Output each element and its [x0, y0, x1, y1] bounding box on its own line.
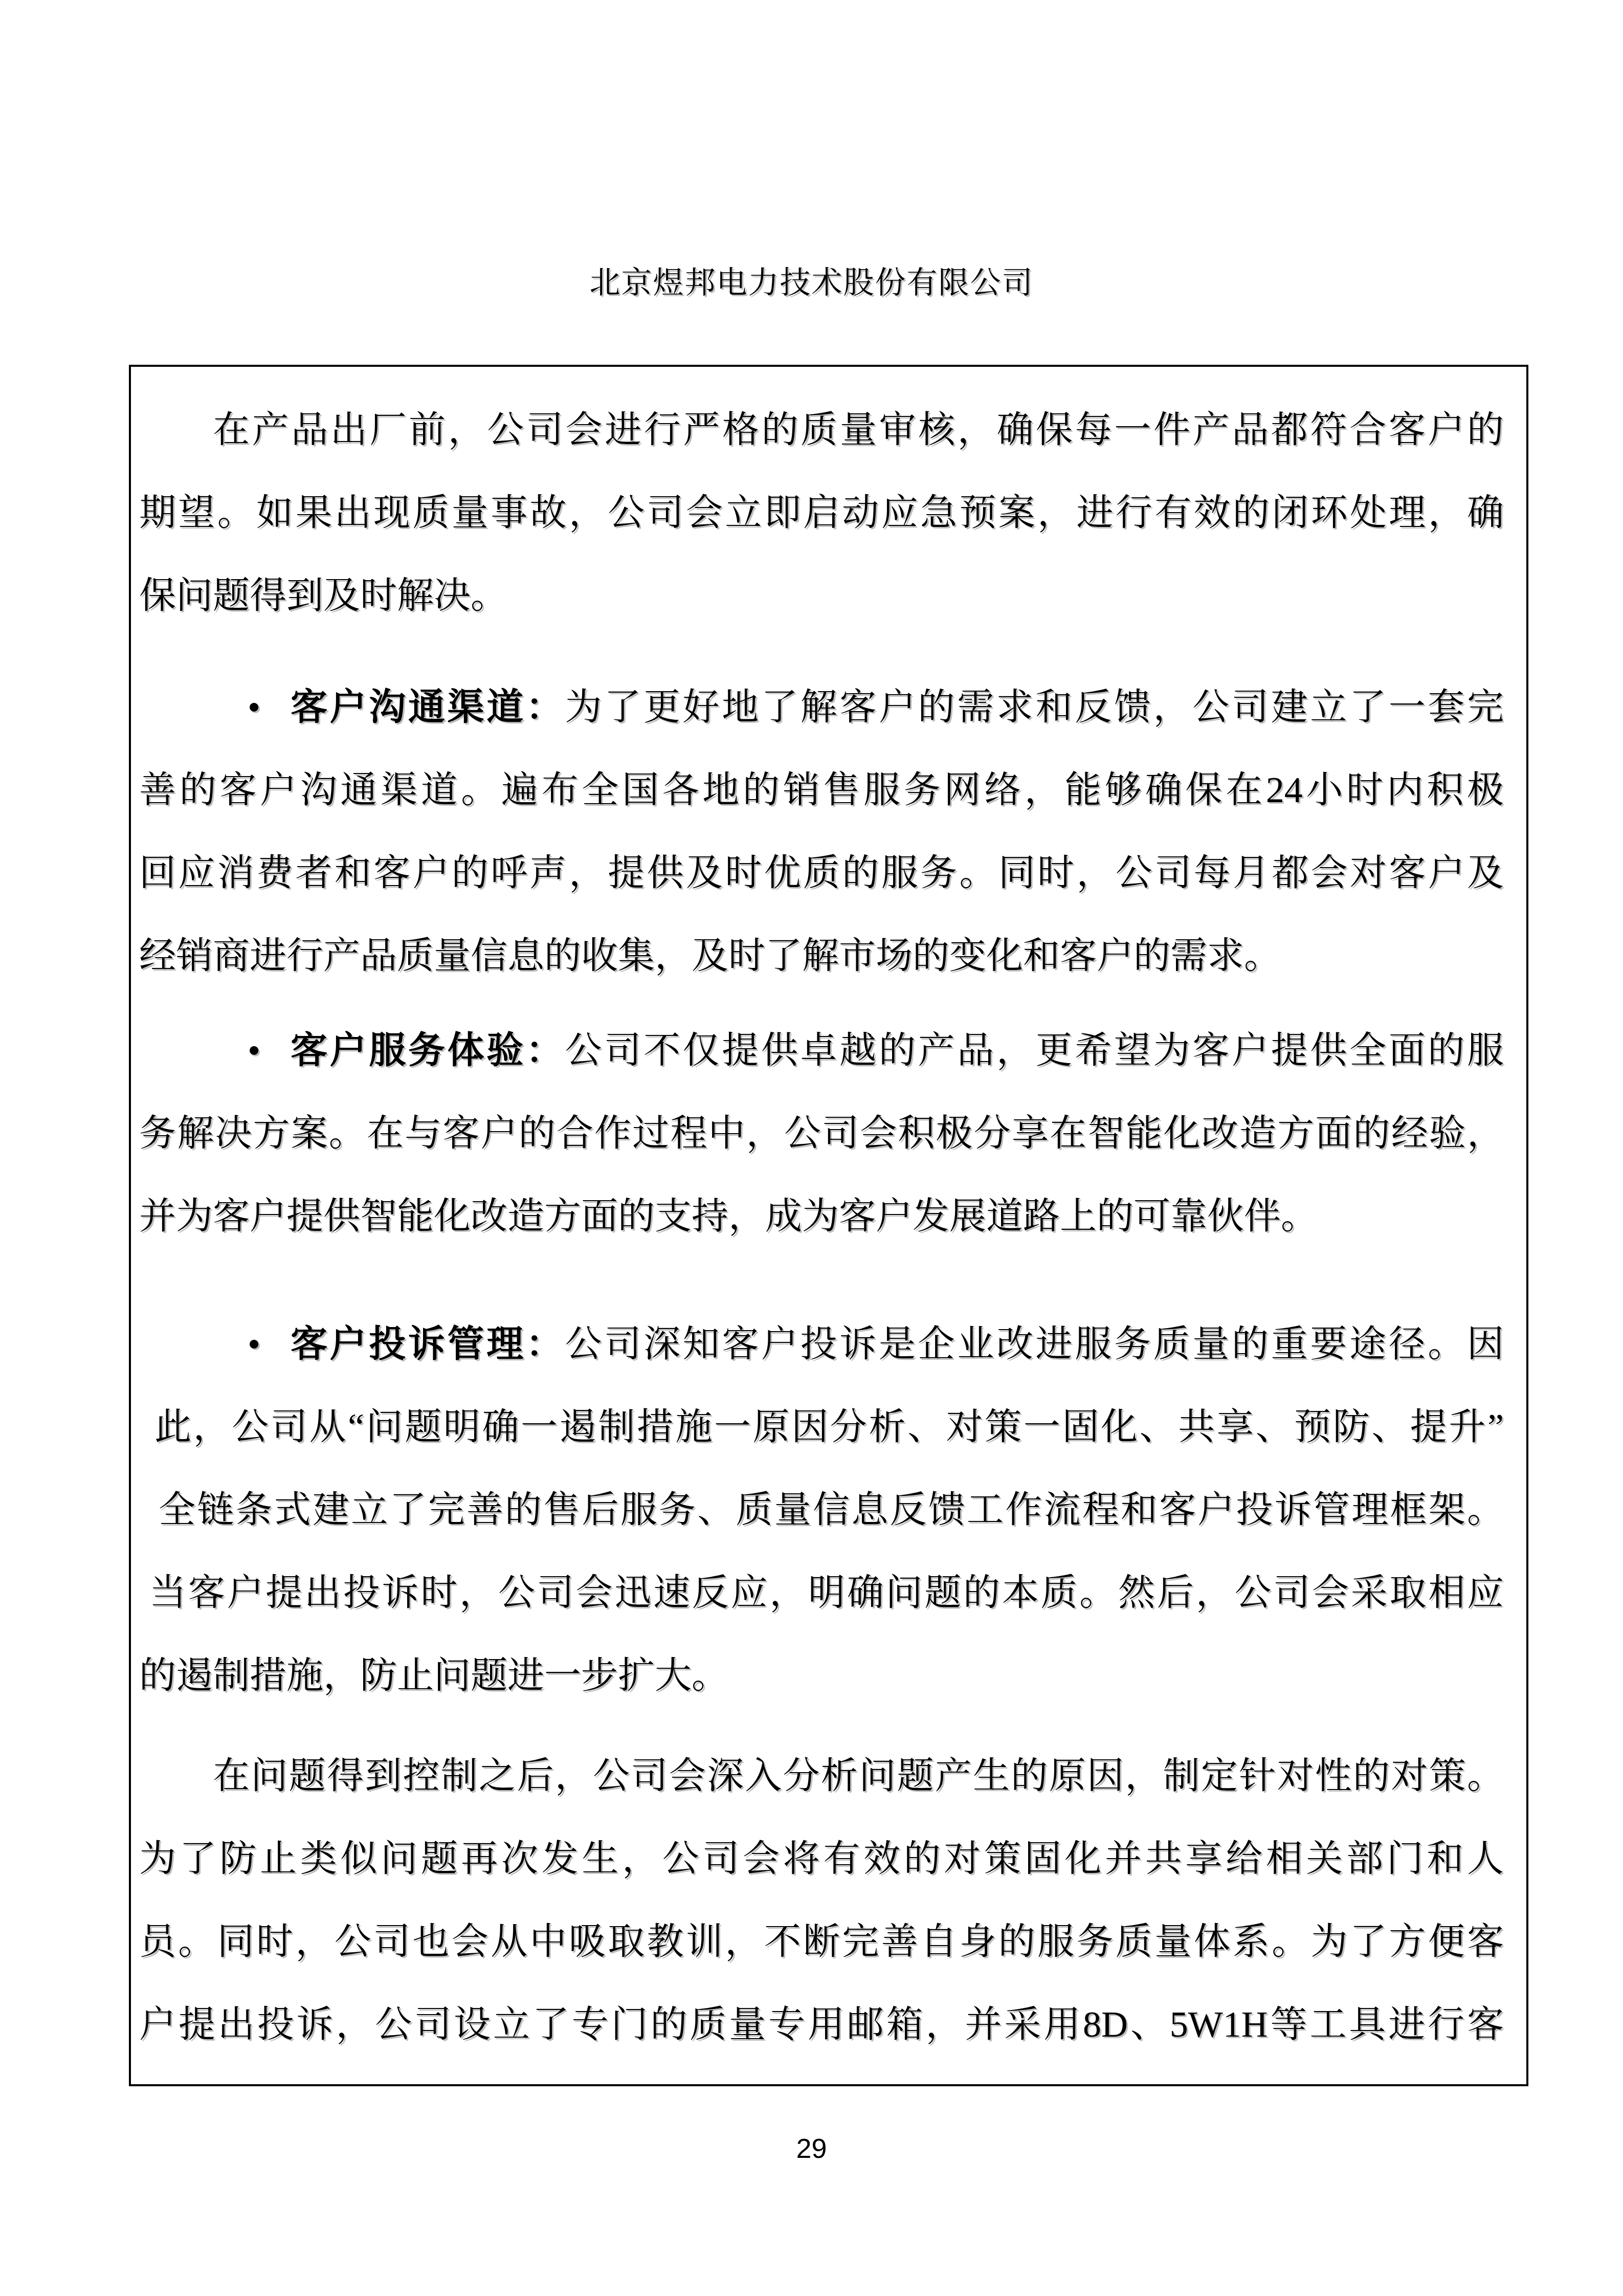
page-number: 29	[0, 2128, 1623, 2169]
text-line: 户提出投诉，公司设立了专门的质量专用邮箱，并采用8D、5W1H等工具进行客	[139, 1983, 1504, 2066]
text-line: 并为客户提供智能化改造方面的支持，成为客户发展道路上的可靠伙伴。	[139, 1175, 1504, 1257]
bullet-heading: 客户沟通渠道：	[288, 687, 565, 727]
text-line: 当客户提出投诉时，公司会迅速反应，明确问题的本质。然后，公司会采取相应	[139, 1551, 1504, 1634]
bullet-lead-text: 公司深知客户投诉是企业改进服务质量的重要途径。因	[565, 1323, 1504, 1364]
text-line: •客户投诉管理：公司深知客户投诉是企业改进服务质量的重要途径。因	[139, 1302, 1504, 1385]
text-line: 保问题得到及时解决。	[139, 554, 1504, 637]
content-box: 在产品出厂前，公司会进行严格的质量审核，确保每一件产品都符合客户的 期望。如果出…	[129, 365, 1528, 2086]
text-line: 在问题得到控制之后，公司会深入分析问题产生的原因，制定针对性的对策。	[139, 1734, 1504, 1817]
bullet-item-communication-channels: •客户沟通渠道：为了更好地了解客户的需求和反馈，公司建立了一套完 善的客户沟通渠…	[139, 666, 1504, 997]
text-line: •客户沟通渠道：为了更好地了解客户的需求和反馈，公司建立了一套完	[139, 666, 1504, 748]
text-line: 员。同时，公司也会从中吸取教训，不断完善自身的服务质量体系。为了方便客	[139, 1900, 1504, 1983]
text-line: 务解决方案。在与客户的合作过程中，公司会积极分享在智能化改造方面的经验，	[139, 1092, 1504, 1175]
text-line: 此，公司从“问题明确一遏制措施一原因分析、对策一固化、共享、预防、提升”	[139, 1385, 1504, 1468]
text-line: 为了防止类似问题再次发生，公司会将有效的对策固化并共享给相关部门和人	[139, 1817, 1504, 1900]
bullet-icon: •	[248, 687, 260, 727]
bullet-icon: •	[248, 1030, 260, 1071]
bullet-lead-text: 公司不仅提供卓越的产品，更希望为客户提供全面的服	[565, 1030, 1504, 1071]
page-title: 北京煜邦电力技术股份有限公司	[0, 255, 1623, 311]
text-line: 回应消费者和客户的呼声，提供及时优质的服务。同时，公司每月都会对客户及	[139, 831, 1504, 914]
text-line: •客户服务体验：公司不仅提供卓越的产品，更希望为客户提供全面的服	[139, 1009, 1504, 1092]
paragraph-problem-control: 在问题得到控制之后，公司会深入分析问题产生的原因，制定针对性的对策。 为了防止类…	[139, 1734, 1504, 2066]
bullet-heading: 客户服务体验：	[288, 1030, 565, 1071]
text-line: 经销商进行产品质量信息的收集，及时了解市场的变化和客户的需求。	[139, 914, 1504, 997]
text-line: 善的客户沟通渠道。遍布全国各地的销售服务网络，能够确保在24小时内积极	[139, 748, 1504, 831]
text-line: 在产品出厂前，公司会进行严格的质量审核，确保每一件产品都符合客户的	[139, 388, 1504, 471]
text-line: 期望。如果出现质量事故，公司会立即启动应急预案，进行有效的闭环处理，确	[139, 471, 1504, 554]
text-line: 全链条式建立了完善的售后服务、质量信息反馈工作流程和客户投诉管理框架。	[139, 1468, 1504, 1551]
bullet-lead-text: 为了更好地了解客户的需求和反馈，公司建立了一套完	[565, 687, 1504, 727]
bullet-item-service-experience: •客户服务体验：公司不仅提供卓越的产品，更希望为客户提供全面的服 务解决方案。在…	[139, 1009, 1504, 1257]
bullet-heading: 客户投诉管理：	[288, 1323, 565, 1364]
paragraph-quality-audit: 在产品出厂前，公司会进行严格的质量审核，确保每一件产品都符合客户的 期望。如果出…	[139, 388, 1504, 637]
text-line: 的遏制措施，防止问题进一步扩大。	[139, 1634, 1504, 1717]
bullet-icon: •	[248, 1323, 260, 1364]
bullet-item-complaint-management: •客户投诉管理：公司深知客户投诉是企业改进服务质量的重要途径。因 此，公司从“问…	[139, 1302, 1504, 1717]
